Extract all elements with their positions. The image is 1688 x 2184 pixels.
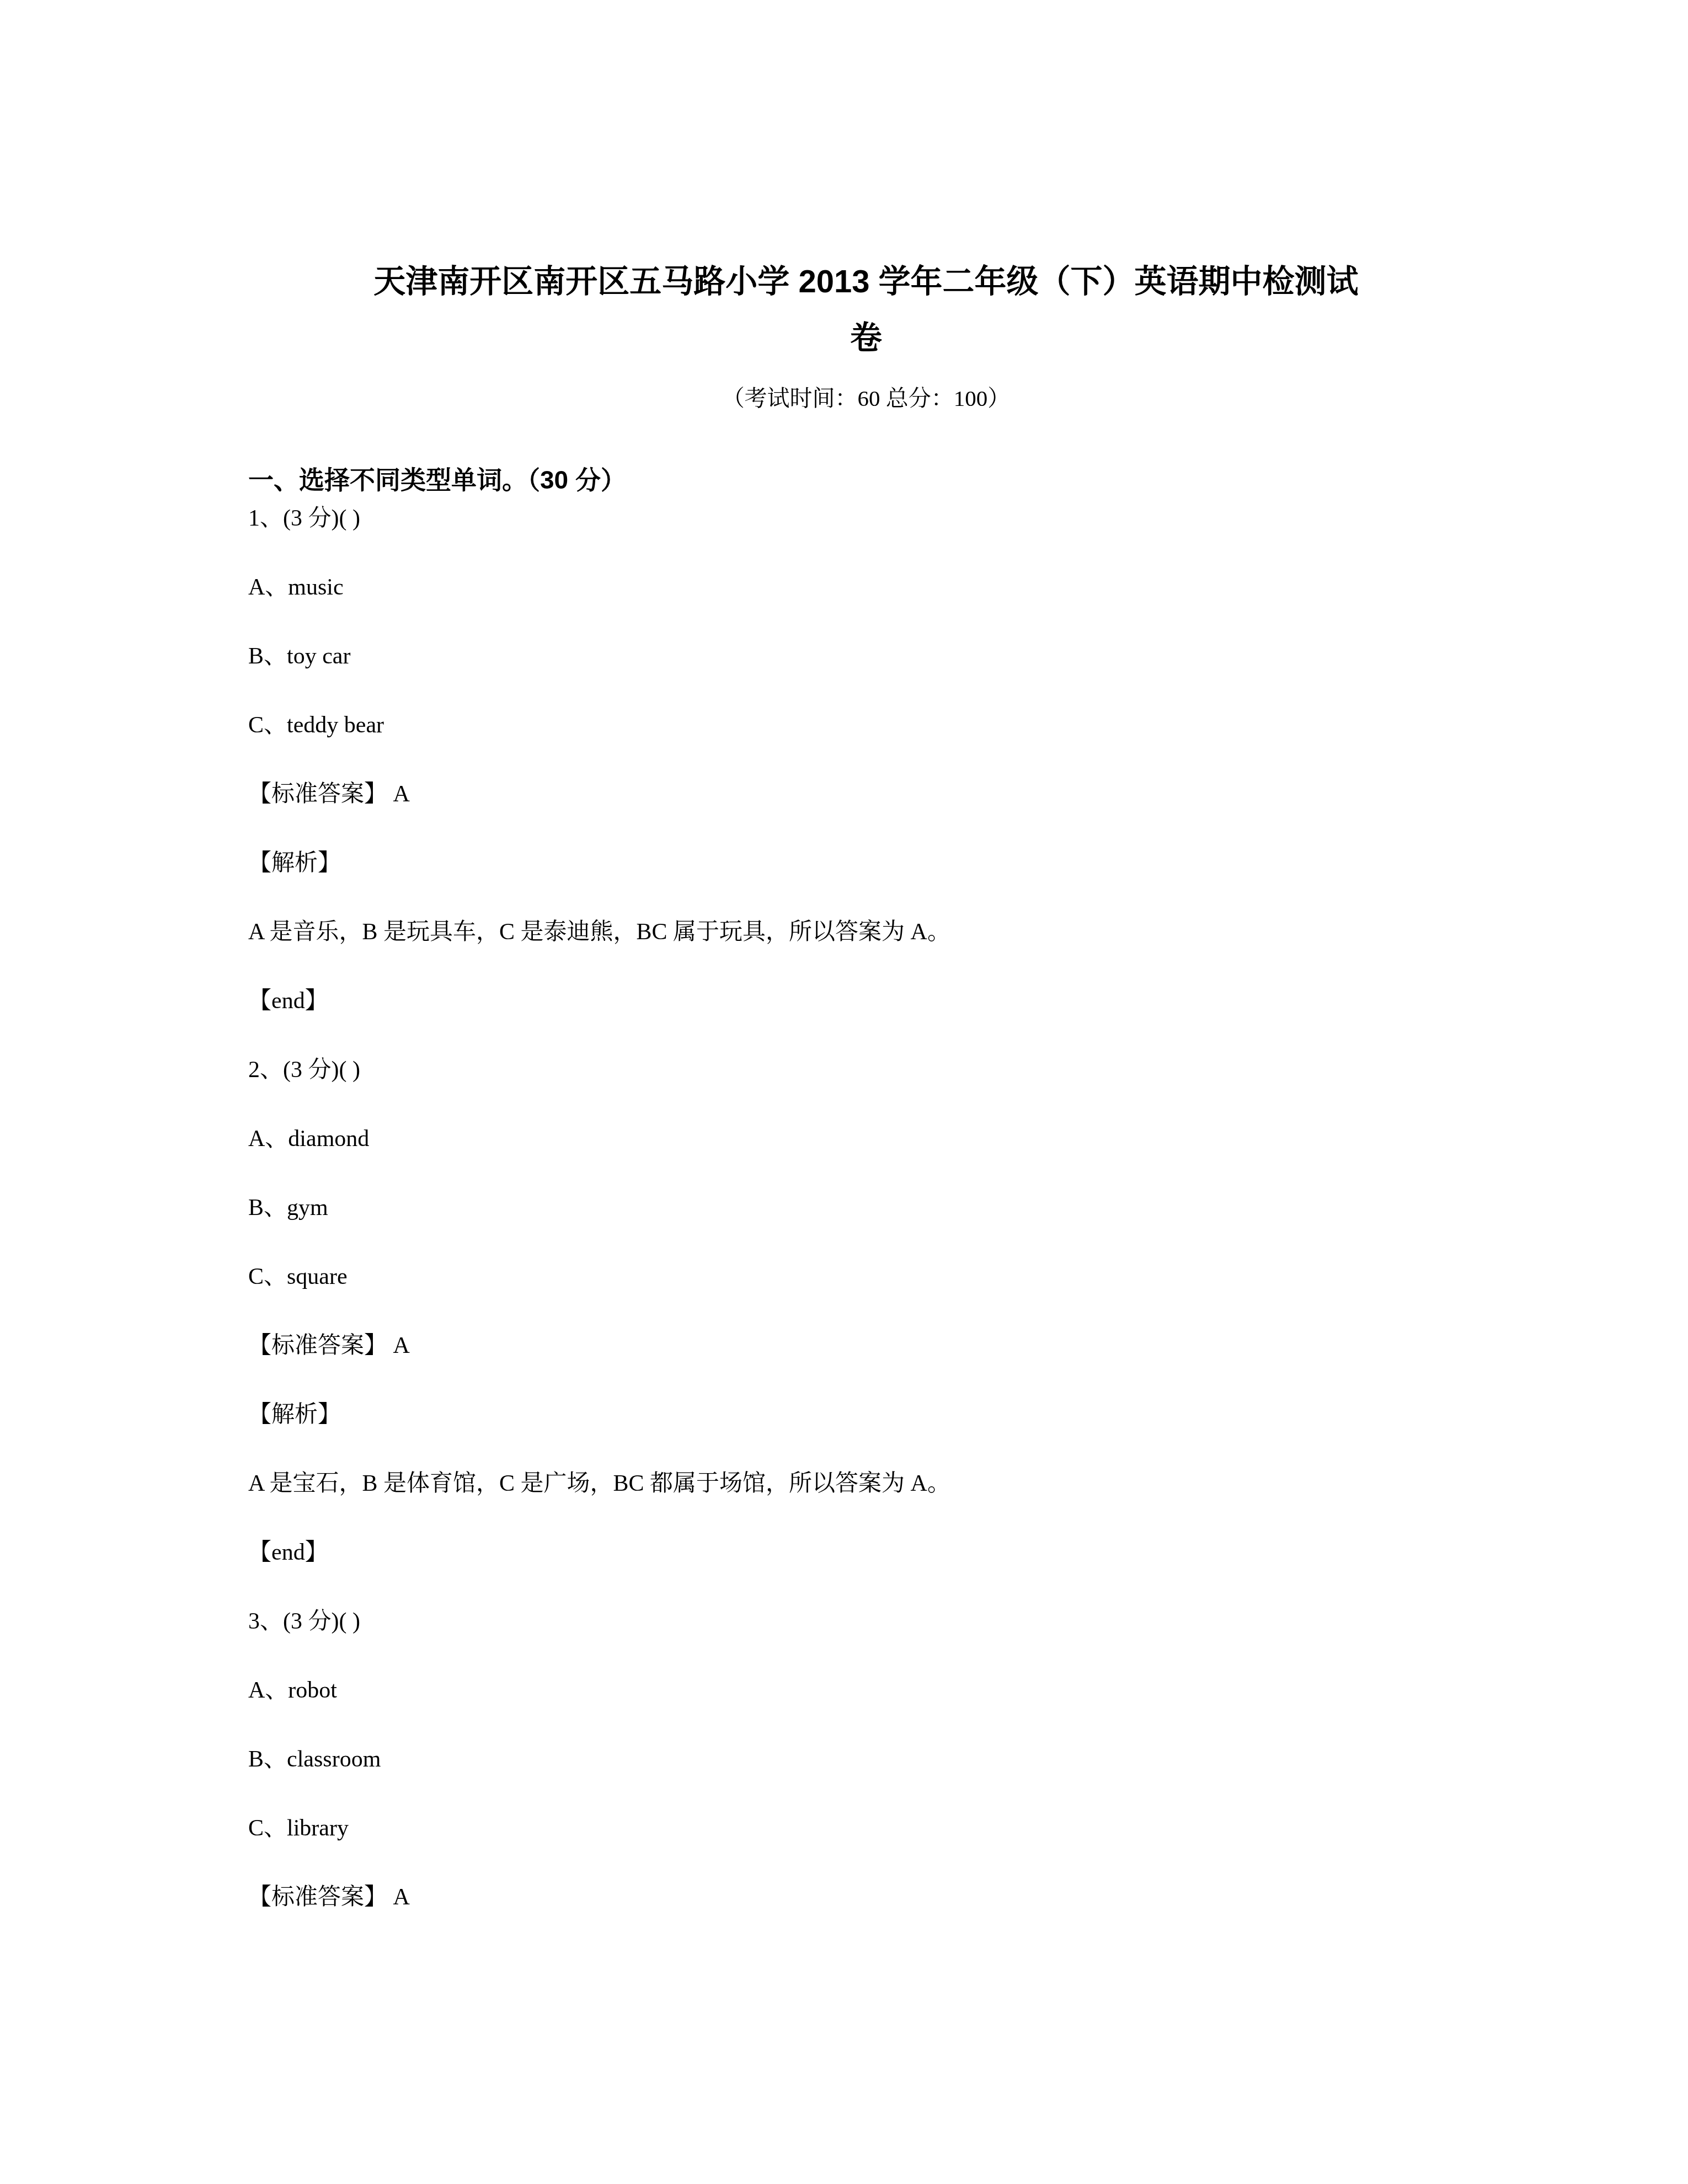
option-a: A、robot <box>248 1676 1484 1705</box>
question-block-1: 1、(3 分)( ) A、music B、toy car C、teddy bea… <box>248 504 1484 1015</box>
page-title-line2: 卷 <box>850 320 882 356</box>
option-b: B、classroom <box>248 1745 1484 1774</box>
end-marker: 【end】 <box>248 1538 1484 1567</box>
option-a: A、diamond <box>248 1125 1484 1153</box>
exam-time-score-subtitle: （考试时间：60 总分：100） <box>248 382 1484 415</box>
question-number: 2、(3 分)( ) <box>248 1056 1484 1084</box>
analysis-text: A 是音乐，B 是玩具车，C 是泰迪熊，BC 属于玩具，所以答案为 A。 <box>248 918 1484 946</box>
option-c: C、teddy bear <box>248 711 1484 740</box>
analysis-heading: 【解析】 <box>248 1400 1484 1429</box>
analysis-text: A 是宝石，B 是体育馆，C 是广场，BC 都属于场馆，所以答案为 A。 <box>248 1469 1484 1498</box>
option-b: B、gym <box>248 1193 1484 1222</box>
question-number: 1、(3 分)( ) <box>248 504 1484 533</box>
option-c: C、library <box>248 1814 1484 1843</box>
page-title: 天津南开区南开区五马路小学 2013 学年二年级（下）英语期中检测试卷 <box>248 254 1484 366</box>
page-title-line1: 天津南开区南开区五马路小学 2013 学年二年级（下）英语期中检测试 <box>373 264 1358 299</box>
question-block-2: 2、(3 分)( ) A、diamond B、gym C、square 【标准答… <box>248 1056 1484 1567</box>
question-number: 3、(3 分)( ) <box>248 1607 1484 1636</box>
question-block-3: 3、(3 分)( ) A、robot B、classroom C、library… <box>248 1607 1484 1912</box>
end-marker: 【end】 <box>248 987 1484 1015</box>
section-heading: 一、选择不同类型单词。（30 分） <box>248 464 1484 495</box>
option-c: C、square <box>248 1262 1484 1291</box>
standard-answer-line: 【标准答案】 A <box>248 780 1484 809</box>
analysis-heading: 【解析】 <box>248 849 1484 877</box>
option-b: B、toy car <box>248 642 1484 671</box>
exam-document: 天津南开区南开区五马路小学 2013 学年二年级（下）英语期中检测试卷 （考试时… <box>0 0 1688 2184</box>
standard-answer-line: 【标准答案】 A <box>248 1883 1484 1912</box>
option-a: A、music <box>248 573 1484 602</box>
standard-answer-line: 【标准答案】 A <box>248 1331 1484 1360</box>
